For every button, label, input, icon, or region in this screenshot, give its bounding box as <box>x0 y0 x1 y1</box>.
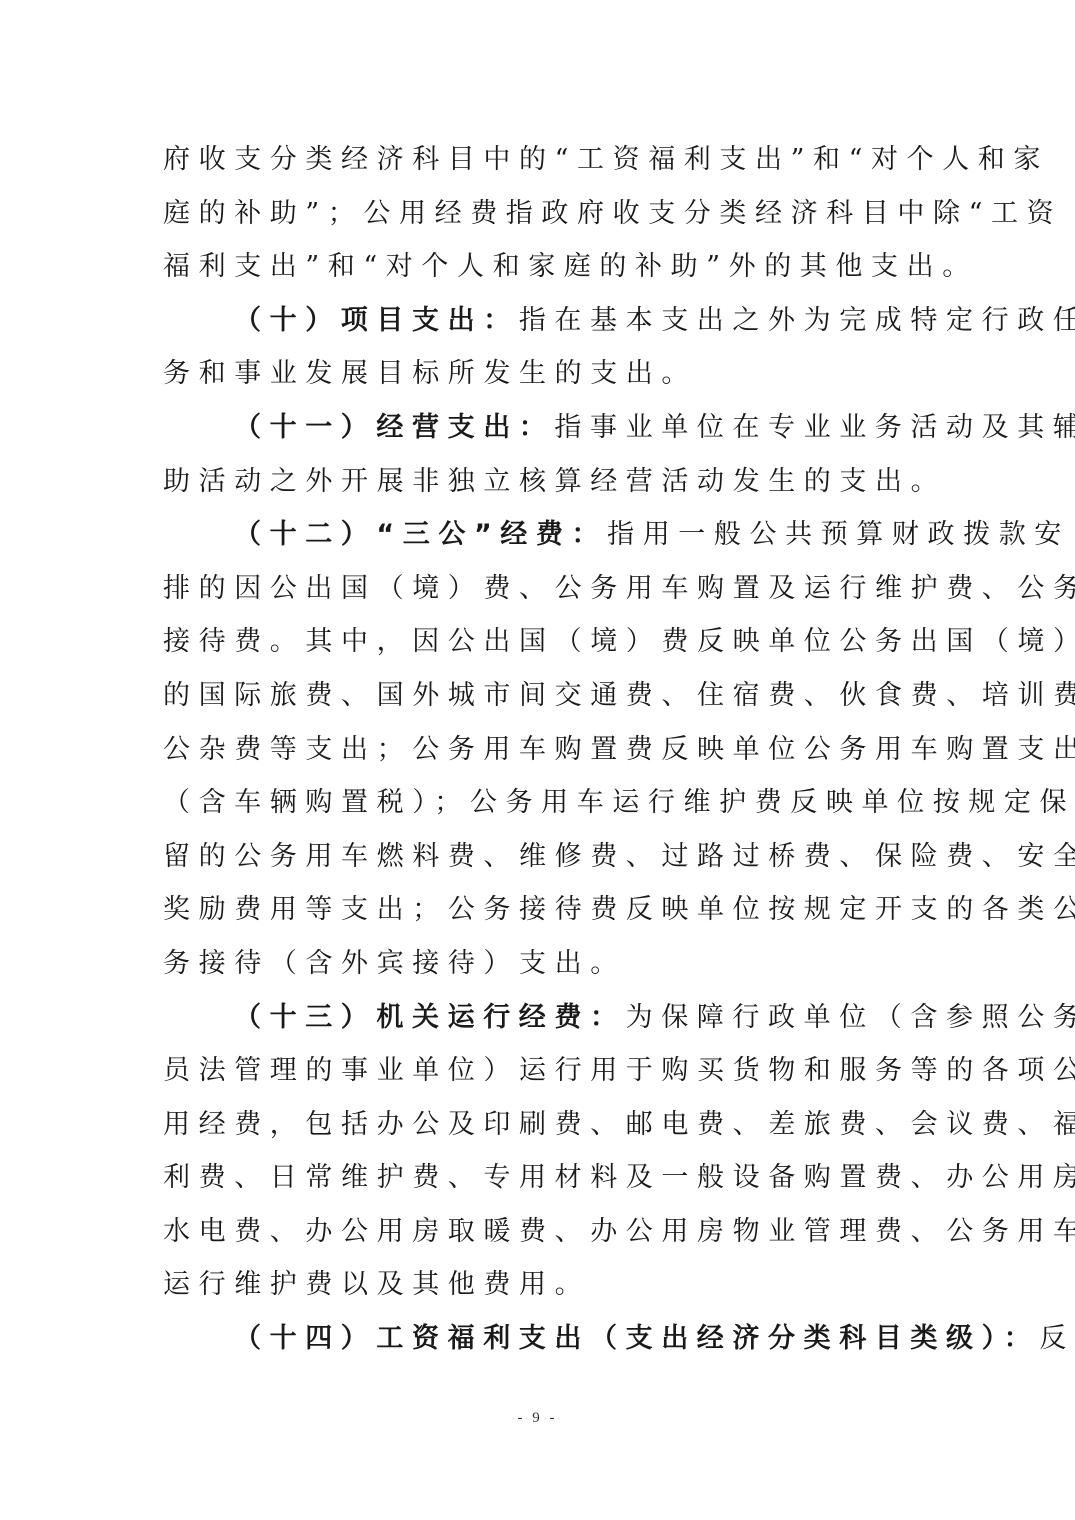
term-heading: （十三）机关运行经费： <box>234 1002 626 1033</box>
text-line: 务接待（含外宾接待）支出。 <box>163 942 923 996</box>
term-heading: （十四）工资福利支出（支出经济分类科目类级）： <box>234 1323 1039 1354</box>
paragraph-operating-expenditure: （十一）经营支出：指事业单位在专业业务活动及其辅 <box>163 406 923 460</box>
text-line: 利费、日常维护费、专用材料及一般设备购置费、办公用房 <box>163 1156 923 1210</box>
text-span: 指在基本支出之外为完成特定行政任 <box>519 305 1075 336</box>
document-page: 府收支分类经济科目中的“工资福利支出”和“对个人和家 庭的补助”；公用经费指政府… <box>0 0 1075 1520</box>
text-line: 庭的补助”；公用经费指政府收支分类经济科目中除“工资 <box>163 192 923 246</box>
text-line: 福利支出”和“对个人和家庭的补助”外的其他支出。 <box>163 245 923 299</box>
text-line: 助活动之外开展非独立核算经营活动发生的支出。 <box>163 460 923 514</box>
paragraph-agency-operating-funds: （十三）机关运行经费：为保障行政单位（含参照公务 <box>163 996 923 1050</box>
term-heading: （十）项目支出： <box>234 305 519 336</box>
paragraph-wage-welfare-expenditure: （十四）工资福利支出（支出经济分类科目类级）：反 <box>163 1317 923 1371</box>
paragraph-project-expenditure: （十）项目支出：指在基本支出之外为完成特定行政任 <box>163 299 923 353</box>
text-span: 为保障行政单位（含参照公务 <box>626 1002 1075 1033</box>
document-body: 府收支分类经济科目中的“工资福利支出”和“对个人和家 庭的补助”；公用经费指政府… <box>163 138 923 1371</box>
text-line: 员法管理的事业单位）运行用于购买货物和服务等的各项公 <box>163 1049 923 1103</box>
text-line: （含车辆购置税）；公务用车运行维护费反映单位按规定保 <box>163 781 923 835</box>
text-line: 运行维护费以及其他费用。 <box>163 1263 923 1317</box>
paragraph-three-public-expenses: （十二）“三公”经费：指用一般公共预算财政拨款安 <box>163 513 923 567</box>
term-heading: （十二）“三公”经费： <box>234 519 607 550</box>
text-line: 用经费，包括办公及印刷费、邮电费、差旅费、会议费、福 <box>163 1103 923 1157</box>
term-heading: （十一）经营支出： <box>234 412 554 443</box>
text-line: 接待费。其中，因公出国（境）费反映单位公务出国（境） <box>163 620 923 674</box>
text-span: 反 <box>1039 1323 1075 1354</box>
text-span: 指用一般公共预算财政拨款安 <box>607 519 1070 550</box>
text-line: 奖励费用等支出；公务接待费反映单位按规定开支的各类公 <box>163 888 923 942</box>
text-line: 留的公务用车燃料费、维修费、过路过桥费、保险费、安全 <box>163 835 923 889</box>
text-line: 府收支分类经济科目中的“工资福利支出”和“对个人和家 <box>163 138 923 192</box>
text-line: 的国际旅费、国外城市间交通费、住宿费、伙食费、培训费、 <box>163 674 923 728</box>
text-line: 公杂费等支出；公务用车购置费反映单位公务用车购置支出 <box>163 728 923 782</box>
text-line: 务和事业发展目标所发生的支出。 <box>163 352 923 406</box>
text-line: 排的因公出国（境）费、公务用车购置及运行维护费、公务 <box>163 567 923 621</box>
text-line: 水电费、办公用房取暖费、办公用房物业管理费、公务用车 <box>163 1210 923 1264</box>
page-number: - 9 - <box>0 1410 1075 1427</box>
text-span: 指事业单位在专业业务活动及其辅 <box>554 412 1075 443</box>
